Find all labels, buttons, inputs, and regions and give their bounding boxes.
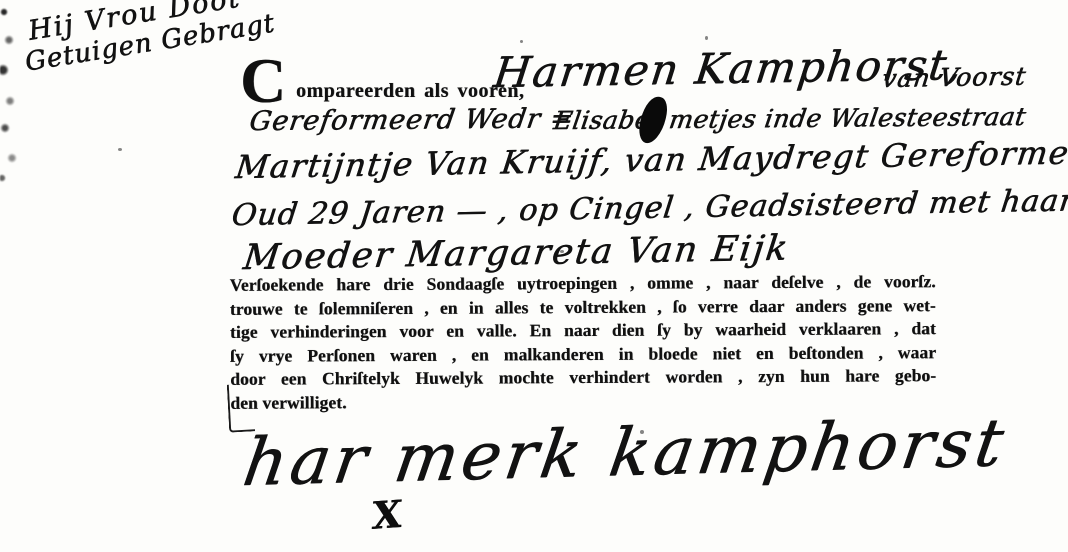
handwritten-groom-status: Gereformeerd Wedr = <box>247 103 576 137</box>
printed-lead-text: ompareerden als vooren, <box>296 80 524 103</box>
ink-speck <box>520 40 523 43</box>
handwritten-bride-details: Oud 29 Jaren — , op Cingel , Geadsisteer… <box>230 183 1068 233</box>
ink-speck <box>118 148 122 151</box>
ink-speck <box>705 36 708 40</box>
paragraph-line: Verſoekende hare drie Sondaagſe uytroepi… <box>230 270 936 297</box>
paragraph-line: tige verhinderingen voor en valle. En na… <box>230 317 936 344</box>
signature-mark-text: har merk kamphorst <box>238 404 1012 501</box>
paragraph-line: door een Chriſtelyk Huwelyk mochte verhi… <box>230 364 936 391</box>
ink-blot <box>636 94 671 146</box>
printed-banns-paragraph: Verſoekende hare drie Sondaagſe uytroepi… <box>230 270 937 415</box>
handwritten-late-wife: Elisabet metjes inde Walesteestraat <box>552 102 1028 135</box>
scan-edge-noise <box>0 0 30 190</box>
scanned-marriage-banns-document: Hij Vrou Doot Getuigen Gebragt C omparee… <box>0 0 1068 552</box>
handwritten-bride-line: Martijntje Van Kruijf, van Maydregt Gere… <box>233 133 1068 186</box>
signature-x-mark: X <box>370 491 403 538</box>
handwritten-groom-origin: van Voorst <box>880 61 1028 93</box>
drop-cap-initial: C <box>240 52 286 110</box>
